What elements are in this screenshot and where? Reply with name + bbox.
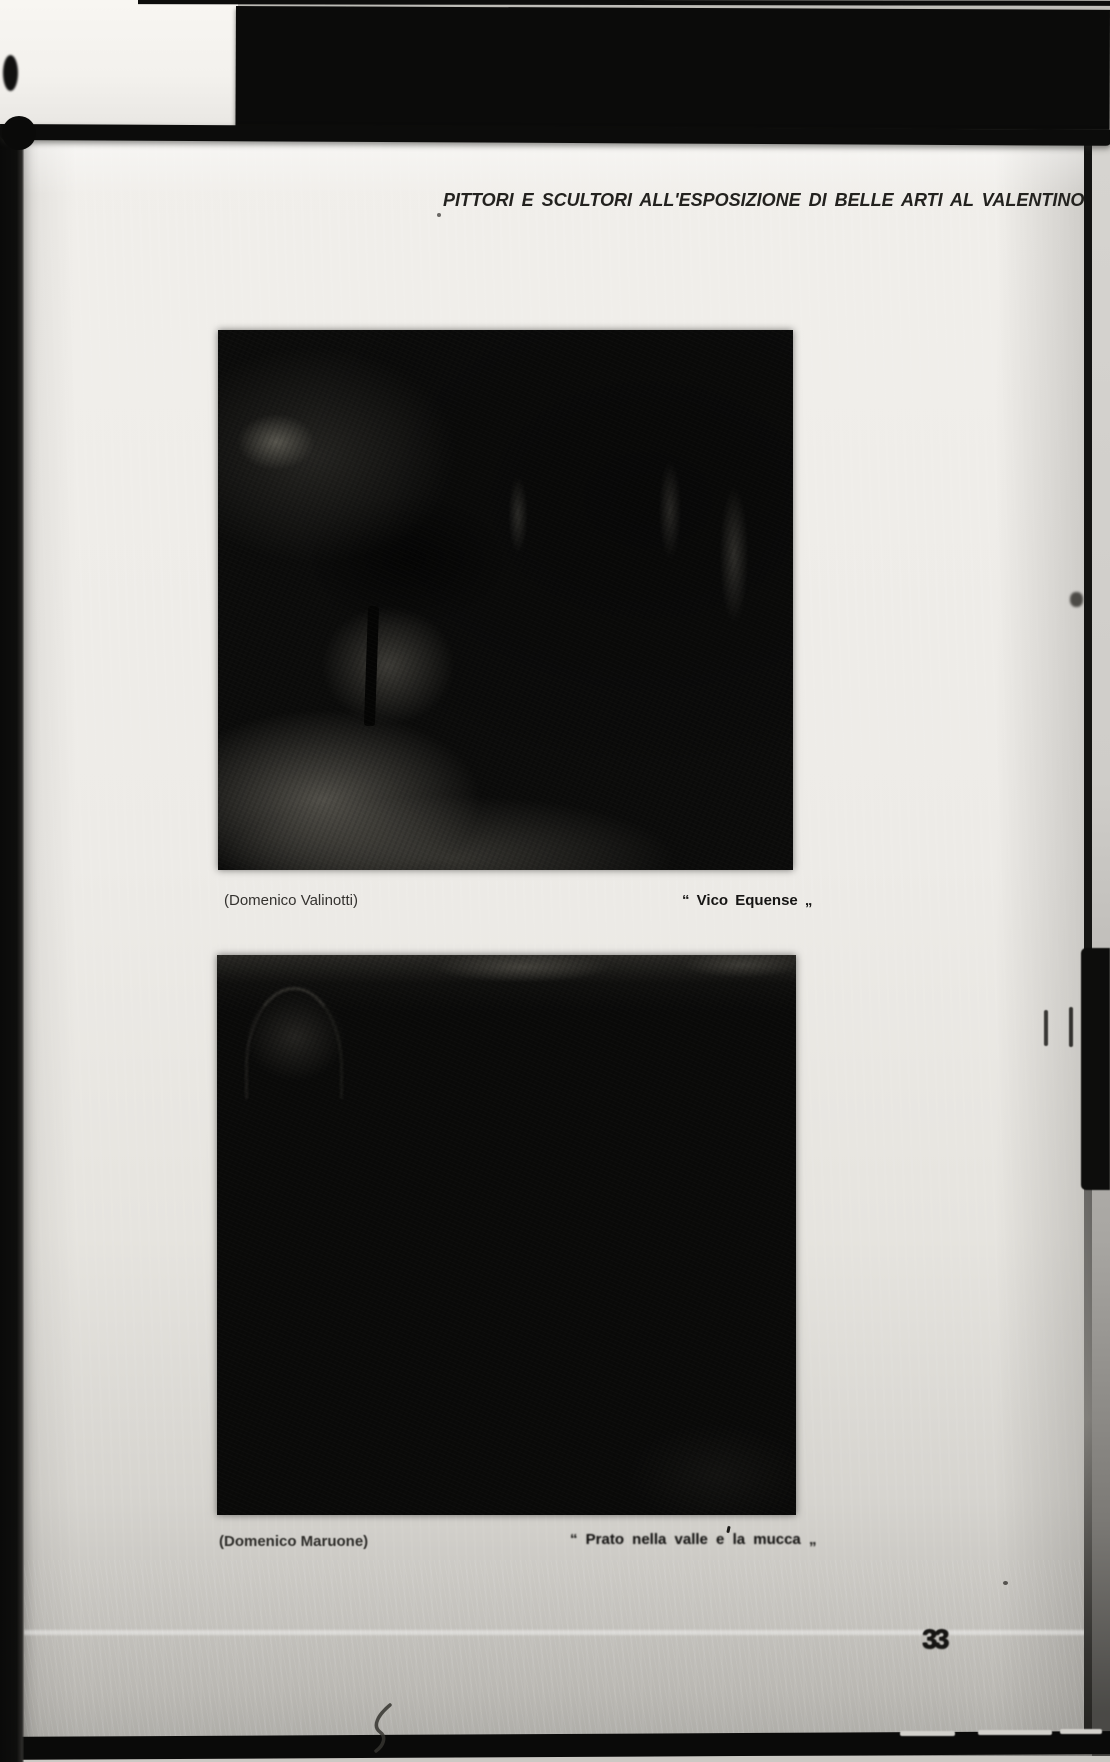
ink-speck — [1003, 1581, 1008, 1585]
page-number: 33 — [922, 1624, 946, 1655]
edge-smudge — [1070, 592, 1083, 607]
handwritten-mark — [370, 1702, 400, 1754]
page-header: PITTORI E SCULTORI ALL'ESPOSIZIONE DI BE… — [443, 190, 1084, 211]
edge-tick-mark — [1069, 1007, 1073, 1047]
scanned-book-page: PITTORI E SCULTORI ALL'ESPOSIZIONE DI BE… — [0, 0, 1110, 1762]
photo-grain-overlay — [218, 330, 793, 870]
page-edge-dark-band — [1081, 948, 1110, 1190]
figure-2-title-caption: “ Prato nella valle e la mucca „ — [570, 1531, 816, 1548]
figure-2-artist-caption: (Domenico Maruone) — [219, 1533, 368, 1550]
left-gutter-bar — [0, 128, 24, 1762]
page-edge-line — [1084, 130, 1092, 1742]
figure-1-title-caption: “ Vico Equense „ — [682, 892, 812, 909]
left-edge-blob — [3, 55, 18, 91]
right-outer-strip — [1092, 128, 1110, 1762]
top-left-paper-corner — [0, 0, 238, 126]
photo-grain-overlay — [217, 955, 796, 1515]
bottom-light-dash — [1060, 1729, 1102, 1734]
book-cover-black-band — [235, 6, 1110, 130]
spine-end-blob — [2, 116, 36, 150]
figure-2-photo-prato — [217, 955, 796, 1515]
figure-1-artist-caption: (Domenico Valinotti) — [224, 892, 358, 909]
figure-1-photo-vico-equense — [218, 330, 793, 870]
bottom-light-dash — [900, 1731, 955, 1736]
bottom-light-dash — [978, 1730, 1052, 1735]
ink-speck — [437, 213, 441, 217]
scan-top-edge-line — [138, 0, 1110, 6]
edge-tick-mark — [1044, 1010, 1048, 1046]
